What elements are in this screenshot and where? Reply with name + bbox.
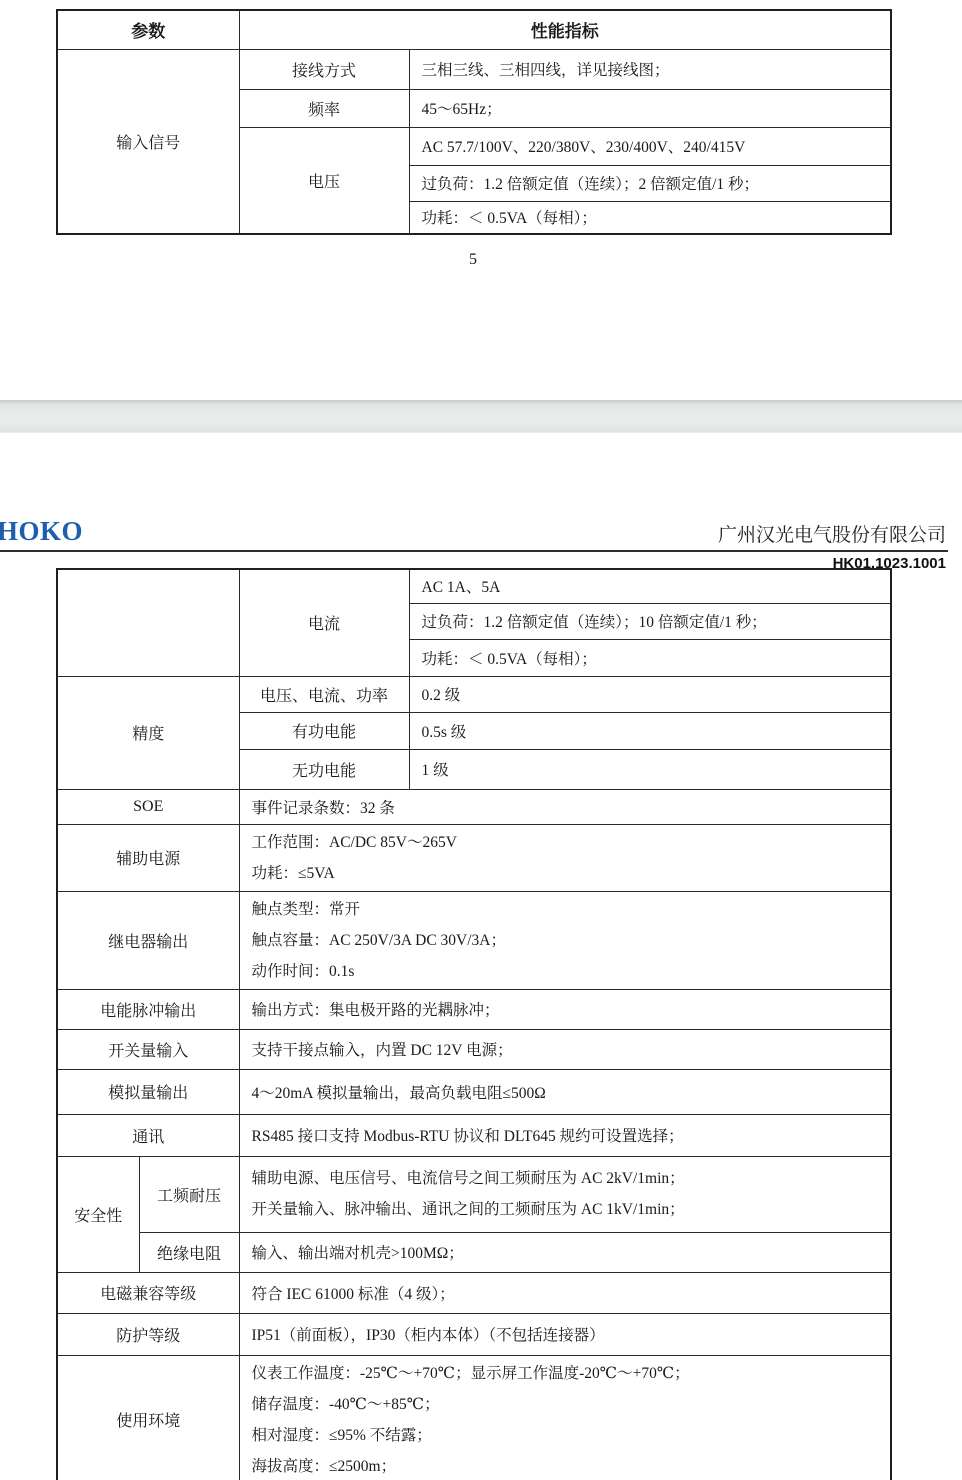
param-cell-environment: 使用环境 xyxy=(57,1355,239,1480)
value-cell: 支持干接点输入，内置 DC 12V 电源； xyxy=(239,1029,891,1069)
value-line: 工作范围：AC/DC 85V～265V xyxy=(240,827,891,858)
value-cell: 功耗：＜ 0.5VA（每相）； xyxy=(409,639,891,676)
table-row: 使用环境 仪表工作温度：-25℃～+70℃；显示屏工作温度-20℃～+70℃； … xyxy=(57,1355,891,1480)
table-row: 精度 电压、电流、功率 0.2 级 xyxy=(57,676,891,712)
value-cell: RS485 接口支持 Modbus-RTU 协议和 DLT645 规约可设置选择… xyxy=(239,1114,891,1156)
value-cell: 三相三线、三相四线，详见接线图； xyxy=(409,49,891,89)
value-cell: 4～20mA 模拟量输出，最高负载电阻≤500Ω xyxy=(239,1069,891,1114)
page-number: 5 xyxy=(56,251,890,269)
table-row: 防护等级 IP51（前面板），IP30（柜内本体）（不包括连接器） xyxy=(57,1313,891,1355)
table-header-row: 参数 性能指标 xyxy=(57,10,891,49)
value-line: 触点容量：AC 250V/3A DC 30V/3A； xyxy=(240,925,891,956)
table-row: 电磁兼容等级 符合 IEC 61000 标准（4 级）； xyxy=(57,1272,891,1313)
empty-param-cell xyxy=(57,569,239,676)
value-cell: 辅助电源、电压信号、电流信号之间工频耐压为 AC 2kV/1min； 开关量输入… xyxy=(239,1156,891,1232)
value-cell: IP51（前面板），IP30（柜内本体）（不包括连接器） xyxy=(239,1313,891,1355)
value-line: 相对湿度：≤95% 不结露； xyxy=(240,1420,891,1451)
param-cell-energy-pulse: 电能脉冲输出 xyxy=(57,989,239,1029)
value-line: 功耗：≤5VA xyxy=(240,858,891,889)
param-cell-protection-grade: 防护等级 xyxy=(57,1313,239,1355)
table-row: 绝缘电阻 输入、输出端对机壳>100MΩ； xyxy=(57,1232,891,1272)
table-row: 继电器输出 触点类型：常开 触点容量：AC 250V/3A DC 30V/3A；… xyxy=(57,891,891,989)
value-cell: 1 级 xyxy=(409,749,891,789)
value-cell: 过负荷：1.2 倍额定值（连续）；10 倍额定值/1 秒； xyxy=(409,603,891,639)
table-row: 开关量输入 支持干接点输入，内置 DC 12V 电源； xyxy=(57,1029,891,1069)
company-name: 广州汉光电气股份有限公司 xyxy=(718,520,946,547)
value-cell: 工作范围：AC/DC 85V～265V 功耗：≤5VA xyxy=(239,824,891,891)
table-row: 安全性 工频耐压 辅助电源、电压信号、电流信号之间工频耐压为 AC 2kV/1m… xyxy=(57,1156,891,1232)
sub-cell: 有功电能 xyxy=(239,712,409,749)
value-line: 储存温度：-40℃～+85℃； xyxy=(240,1389,891,1420)
value-line: 开关量输入、脉冲输出、通讯之间的工频耐压为 AC 1kV/1min； xyxy=(240,1194,891,1225)
param-cell-safety: 安全性 xyxy=(57,1156,139,1272)
table-row: 电能脉冲输出 输出方式：集电极开路的光耦脉冲； xyxy=(57,989,891,1029)
value-cell: 符合 IEC 61000 标准（4 级）； xyxy=(239,1272,891,1313)
table-row: 通讯 RS485 接口支持 Modbus-RTU 协议和 DLT645 规约可设… xyxy=(57,1114,891,1156)
param-cell-communication: 通讯 xyxy=(57,1114,239,1156)
page-gap-divider xyxy=(0,400,962,433)
value-cell: 功耗：＜ 0.5VA（每相）； xyxy=(409,201,891,234)
sub-cell-voltage: 电压 xyxy=(239,127,409,234)
value-line: 海拔高度：≤2500m； xyxy=(240,1451,891,1480)
value-line: 动作时间：0.1s xyxy=(240,956,891,987)
value-line: 仪表工作温度：-25℃～+70℃；显示屏工作温度-20℃～+70℃； xyxy=(240,1358,891,1389)
value-cell: 45～65Hz； xyxy=(409,89,891,127)
value-line: 辅助电源、电压信号、电流信号之间工频耐压为 AC 2kV/1min； xyxy=(240,1163,891,1194)
sub-cell: 电压、电流、功率 xyxy=(239,676,409,712)
value-cell: 过负荷：1.2 倍额定值（连续）；2 倍额定值/1 秒； xyxy=(409,165,891,201)
value-cell: 触点类型：常开 触点容量：AC 250V/3A DC 30V/3A； 动作时间：… xyxy=(239,891,891,989)
sub-cell-frequency: 频率 xyxy=(239,89,409,127)
value-cell: 0.2 级 xyxy=(409,676,891,712)
value-cell: 输入、输出端对机壳>100MΩ； xyxy=(239,1232,891,1272)
value-line: 触点类型：常开 xyxy=(240,894,891,925)
value-cell: AC 1A、5A xyxy=(409,569,891,603)
param-cell-aux-power: 辅助电源 xyxy=(57,824,239,891)
sub-cell-current: 电流 xyxy=(239,569,409,676)
param-cell-input-signal: 输入信号 xyxy=(57,49,239,234)
value-cell: 输出方式：集电极开路的光耦脉冲； xyxy=(239,989,891,1029)
table-row: 模拟量输出 4～20mA 模拟量输出，最高负载电阻≤500Ω xyxy=(57,1069,891,1114)
param-cell-emc: 电磁兼容等级 xyxy=(57,1272,239,1313)
table-row: 输入信号 接线方式 三相三线、三相四线，详见接线图； xyxy=(57,49,891,89)
param-cell-digital-input: 开关量输入 xyxy=(57,1029,239,1069)
param-cell-relay-output: 继电器输出 xyxy=(57,891,239,989)
value-cell: 仪表工作温度：-25℃～+70℃；显示屏工作温度-20℃～+70℃； 储存温度：… xyxy=(239,1355,891,1480)
column-header-param: 参数 xyxy=(57,10,239,49)
hoko-logo: HOKO xyxy=(0,516,83,547)
document-viewport: 参数 性能指标 输入信号 接线方式 三相三线、三相四线，详见接线图； 频率 45… xyxy=(0,0,962,1480)
spec-table-page6: 电流 AC 1A、5A 过负荷：1.2 倍额定值（连续）；10 倍额定值/1 秒… xyxy=(56,568,892,1480)
value-cell: 0.5s 级 xyxy=(409,712,891,749)
param-cell-analog-output: 模拟量输出 xyxy=(57,1069,239,1114)
spec-table-page5: 参数 性能指标 输入信号 接线方式 三相三线、三相四线，详见接线图； 频率 45… xyxy=(56,9,892,235)
sub-cell: 无功电能 xyxy=(239,749,409,789)
sub-cell-withstand-voltage: 工频耐压 xyxy=(139,1156,239,1232)
param-cell-soe: SOE xyxy=(57,789,239,824)
table-row: SOE 事件记录条数：32 条 xyxy=(57,789,891,824)
sub-cell-wiring: 接线方式 xyxy=(239,49,409,89)
value-cell: 事件记录条数：32 条 xyxy=(239,789,891,824)
param-cell-accuracy: 精度 xyxy=(57,676,239,789)
sub-cell-insulation: 绝缘电阻 xyxy=(139,1232,239,1272)
table-row: 电流 AC 1A、5A xyxy=(57,569,891,603)
value-cell: AC 57.7/100V、220/380V、230/400V、240/415V xyxy=(409,127,891,165)
column-header-performance: 性能指标 xyxy=(239,10,891,49)
header-rule xyxy=(0,550,948,552)
table-row: 辅助电源 工作范围：AC/DC 85V～265V 功耗：≤5VA xyxy=(57,824,891,891)
